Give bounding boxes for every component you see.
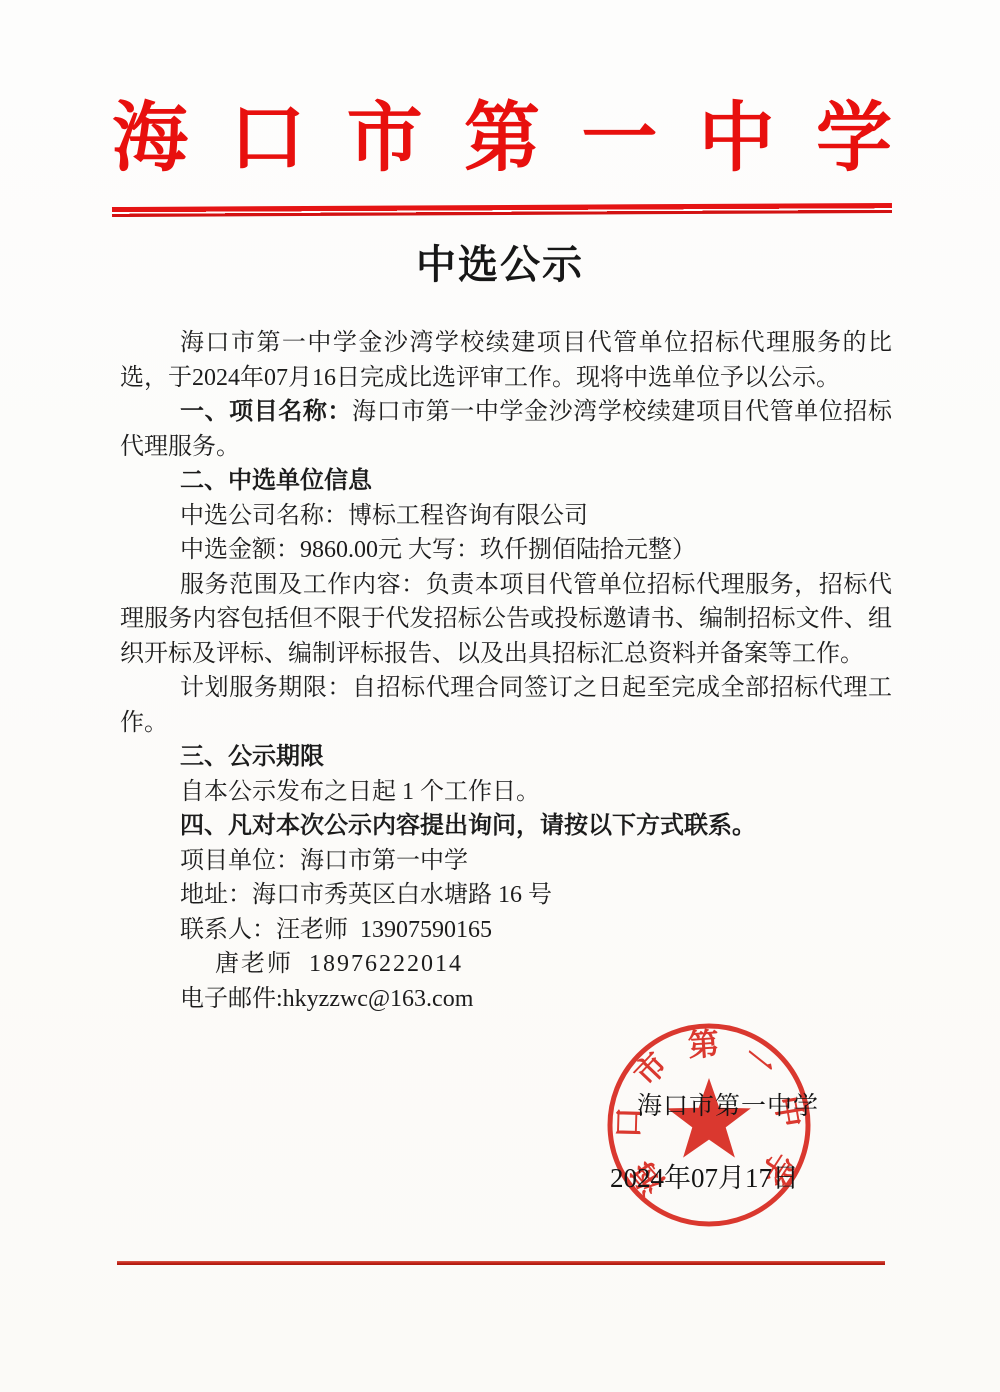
document-title: 中选公示 <box>0 233 1000 290</box>
contact-person-line-2: 唐老师 18976222014 <box>120 947 892 982</box>
section-2-heading: 二、中选单位信息 <box>120 464 892 499</box>
footer-rule <box>117 1261 885 1265</box>
winning-amount-line: 中选金额：9860.00元 大写：玖仟捌佰陆拾元整） <box>120 533 892 568</box>
service-scope-paragraph: 服务范围及工作内容：负责本项目代管单位招标代理服务，招标代理服务内容包括但不限于… <box>120 568 892 672</box>
section-3-heading: 三、公示期限 <box>120 740 892 775</box>
winning-company-line: 中选公司名称：博标工程咨询有限公司 <box>120 499 892 534</box>
email-line: 电子邮件:hkyzzwc@163.com <box>120 982 892 1017</box>
seal-organization-signature: 海口市第一中学 <box>637 1086 819 1122</box>
publicity-period-line: 自本公示发布之日起 1 个工作日。 <box>120 775 892 810</box>
intro-paragraph: 海口市第一中学金沙湾学校续建项目代管单位招标代理服务的比选，于2024年07月1… <box>120 326 892 395</box>
contact-person-line: 联系人：汪老师 13907590165 <box>120 913 892 948</box>
section-4-heading: 四、凡对本次公示内容提出询问，请按以下方式联系。 <box>120 809 892 844</box>
project-unit-line: 项目单位：海口市第一中学 <box>120 844 892 879</box>
official-seal: 海口市第一中学 <box>601 1017 817 1233</box>
letterhead-rule <box>112 203 892 217</box>
letterhead-school-name: 海口市第一中学 <box>112 96 892 183</box>
seal-date: 2024年07月17日 <box>610 1156 799 1195</box>
document-page: 海口市第一中学 中选公示 海口市第一中学金沙湾学校续建项目代管单位招标代理服务的… <box>0 0 1000 1392</box>
document-body: 海口市第一中学金沙湾学校续建项目代管单位招标代理服务的比选，于2024年07月1… <box>120 326 892 1016</box>
section-1-heading: 一、项目名称： <box>180 399 352 425</box>
project-name-paragraph: 一、项目名称：海口市第一中学金沙湾学校续建项目代管单位招标代理服务。 <box>120 395 892 464</box>
service-period-paragraph: 计划服务期限：自招标代理合同签订之日起至完成全部招标代理工作。 <box>120 671 892 740</box>
address-line: 地址：海口市秀英区白水塘路 16 号 <box>120 878 892 913</box>
